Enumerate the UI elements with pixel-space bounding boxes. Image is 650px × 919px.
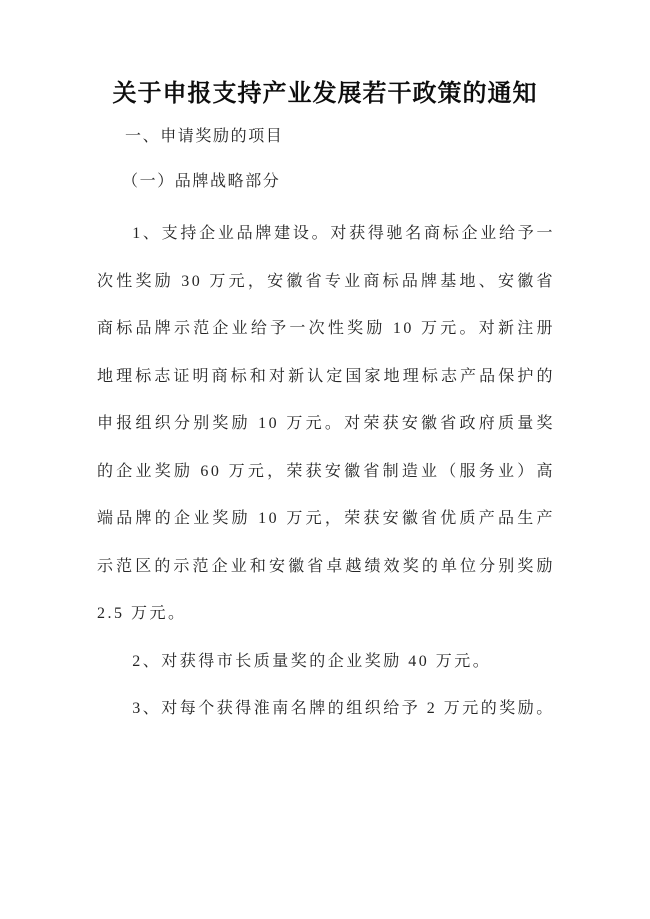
body-paragraph: 3、对每个获得淮南名牌的组织给予 2 万元的奖励。 bbox=[97, 685, 555, 733]
body-paragraph: 1、支持企业品牌建设。对获得驰名商标企业给予一次性奖励 30 万元，安徽省专业商… bbox=[97, 210, 555, 638]
document-title: 关于申报支持产业发展若干政策的通知 bbox=[0, 0, 650, 111]
section-heading: 一、申请奖励的项目 bbox=[97, 127, 555, 147]
subsection-heading: （一）品牌战略部分 bbox=[97, 172, 555, 192]
body-paragraph: 2、对获得市长质量奖的企业奖励 40 万元。 bbox=[97, 638, 555, 686]
document-page: 关于申报支持产业发展若干政策的通知 一、申请奖励的项目 （一）品牌战略部分 1、… bbox=[0, 0, 650, 919]
document-body: 1、支持企业品牌建设。对获得驰名商标企业给予一次性奖励 30 万元，安徽省专业商… bbox=[97, 210, 555, 733]
